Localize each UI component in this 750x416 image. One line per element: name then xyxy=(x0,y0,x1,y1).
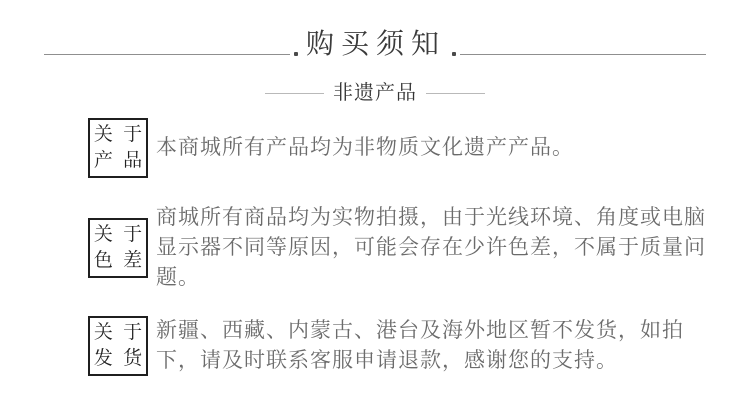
section-about-product: 关 于 产 品 本商城所有产品均为非物质文化遗产产品。 xyxy=(88,118,750,178)
title-row: 购买须知 xyxy=(0,27,750,61)
section-about-shipping-text: 新疆、西藏、内蒙古、港台及海外地区暂不发货，如拍下，请及时联系客服申请退款，感谢… xyxy=(156,316,708,376)
section-label-line: 关 于 xyxy=(94,320,142,346)
section-about-color-difference-text: 商城所有商品均为实物拍摄，由于光线环境、角度或电脑显示器不同等原因，可能会存在少… xyxy=(156,203,708,293)
section-about-product-text: 本商城所有产品均为非物质文化遗产产品。 xyxy=(156,133,708,163)
page-subtitle: 非遗产品 xyxy=(333,81,417,105)
section-about-shipping-label-box: 关 于 发 货 xyxy=(88,316,148,376)
subtitle-left-divider-line xyxy=(265,93,324,94)
title-right-dot xyxy=(452,52,456,56)
title-right-divider-line xyxy=(460,54,706,55)
subtitle-row: 非遗产品 xyxy=(0,81,750,105)
section-about-color-difference-label-box: 关 于 色 差 xyxy=(88,218,148,278)
section-about-color-difference: 关 于 色 差 商城所有商品均为实物拍摄，由于光线环境、角度或电脑显示器不同等原… xyxy=(88,203,750,293)
title-left-dot xyxy=(294,52,298,56)
title-left-divider-line xyxy=(44,54,290,55)
notice-sections: 关 于 产 品 本商城所有产品均为非物质文化遗产产品。 关 于 色 差 商城所有… xyxy=(0,118,750,376)
section-about-product-label-box: 关 于 产 品 xyxy=(88,118,148,178)
section-label-line: 发 货 xyxy=(94,346,142,372)
section-label-line: 色 差 xyxy=(94,248,142,274)
purchase-notice-panel: 购买须知 非遗产品 关 于 产 品 本商城所有产品均为非物质文化遗产产品。 关 … xyxy=(0,0,750,416)
section-about-shipping: 关 于 发 货 新疆、西藏、内蒙古、港台及海外地区暂不发货，如拍下，请及时联系客… xyxy=(88,316,750,376)
page-title: 购买须知 xyxy=(304,27,446,61)
section-label-line: 关 于 xyxy=(94,122,142,148)
subtitle-right-divider-line xyxy=(426,93,485,94)
section-label-line: 产 品 xyxy=(94,148,142,174)
section-label-line: 关 于 xyxy=(94,222,142,248)
